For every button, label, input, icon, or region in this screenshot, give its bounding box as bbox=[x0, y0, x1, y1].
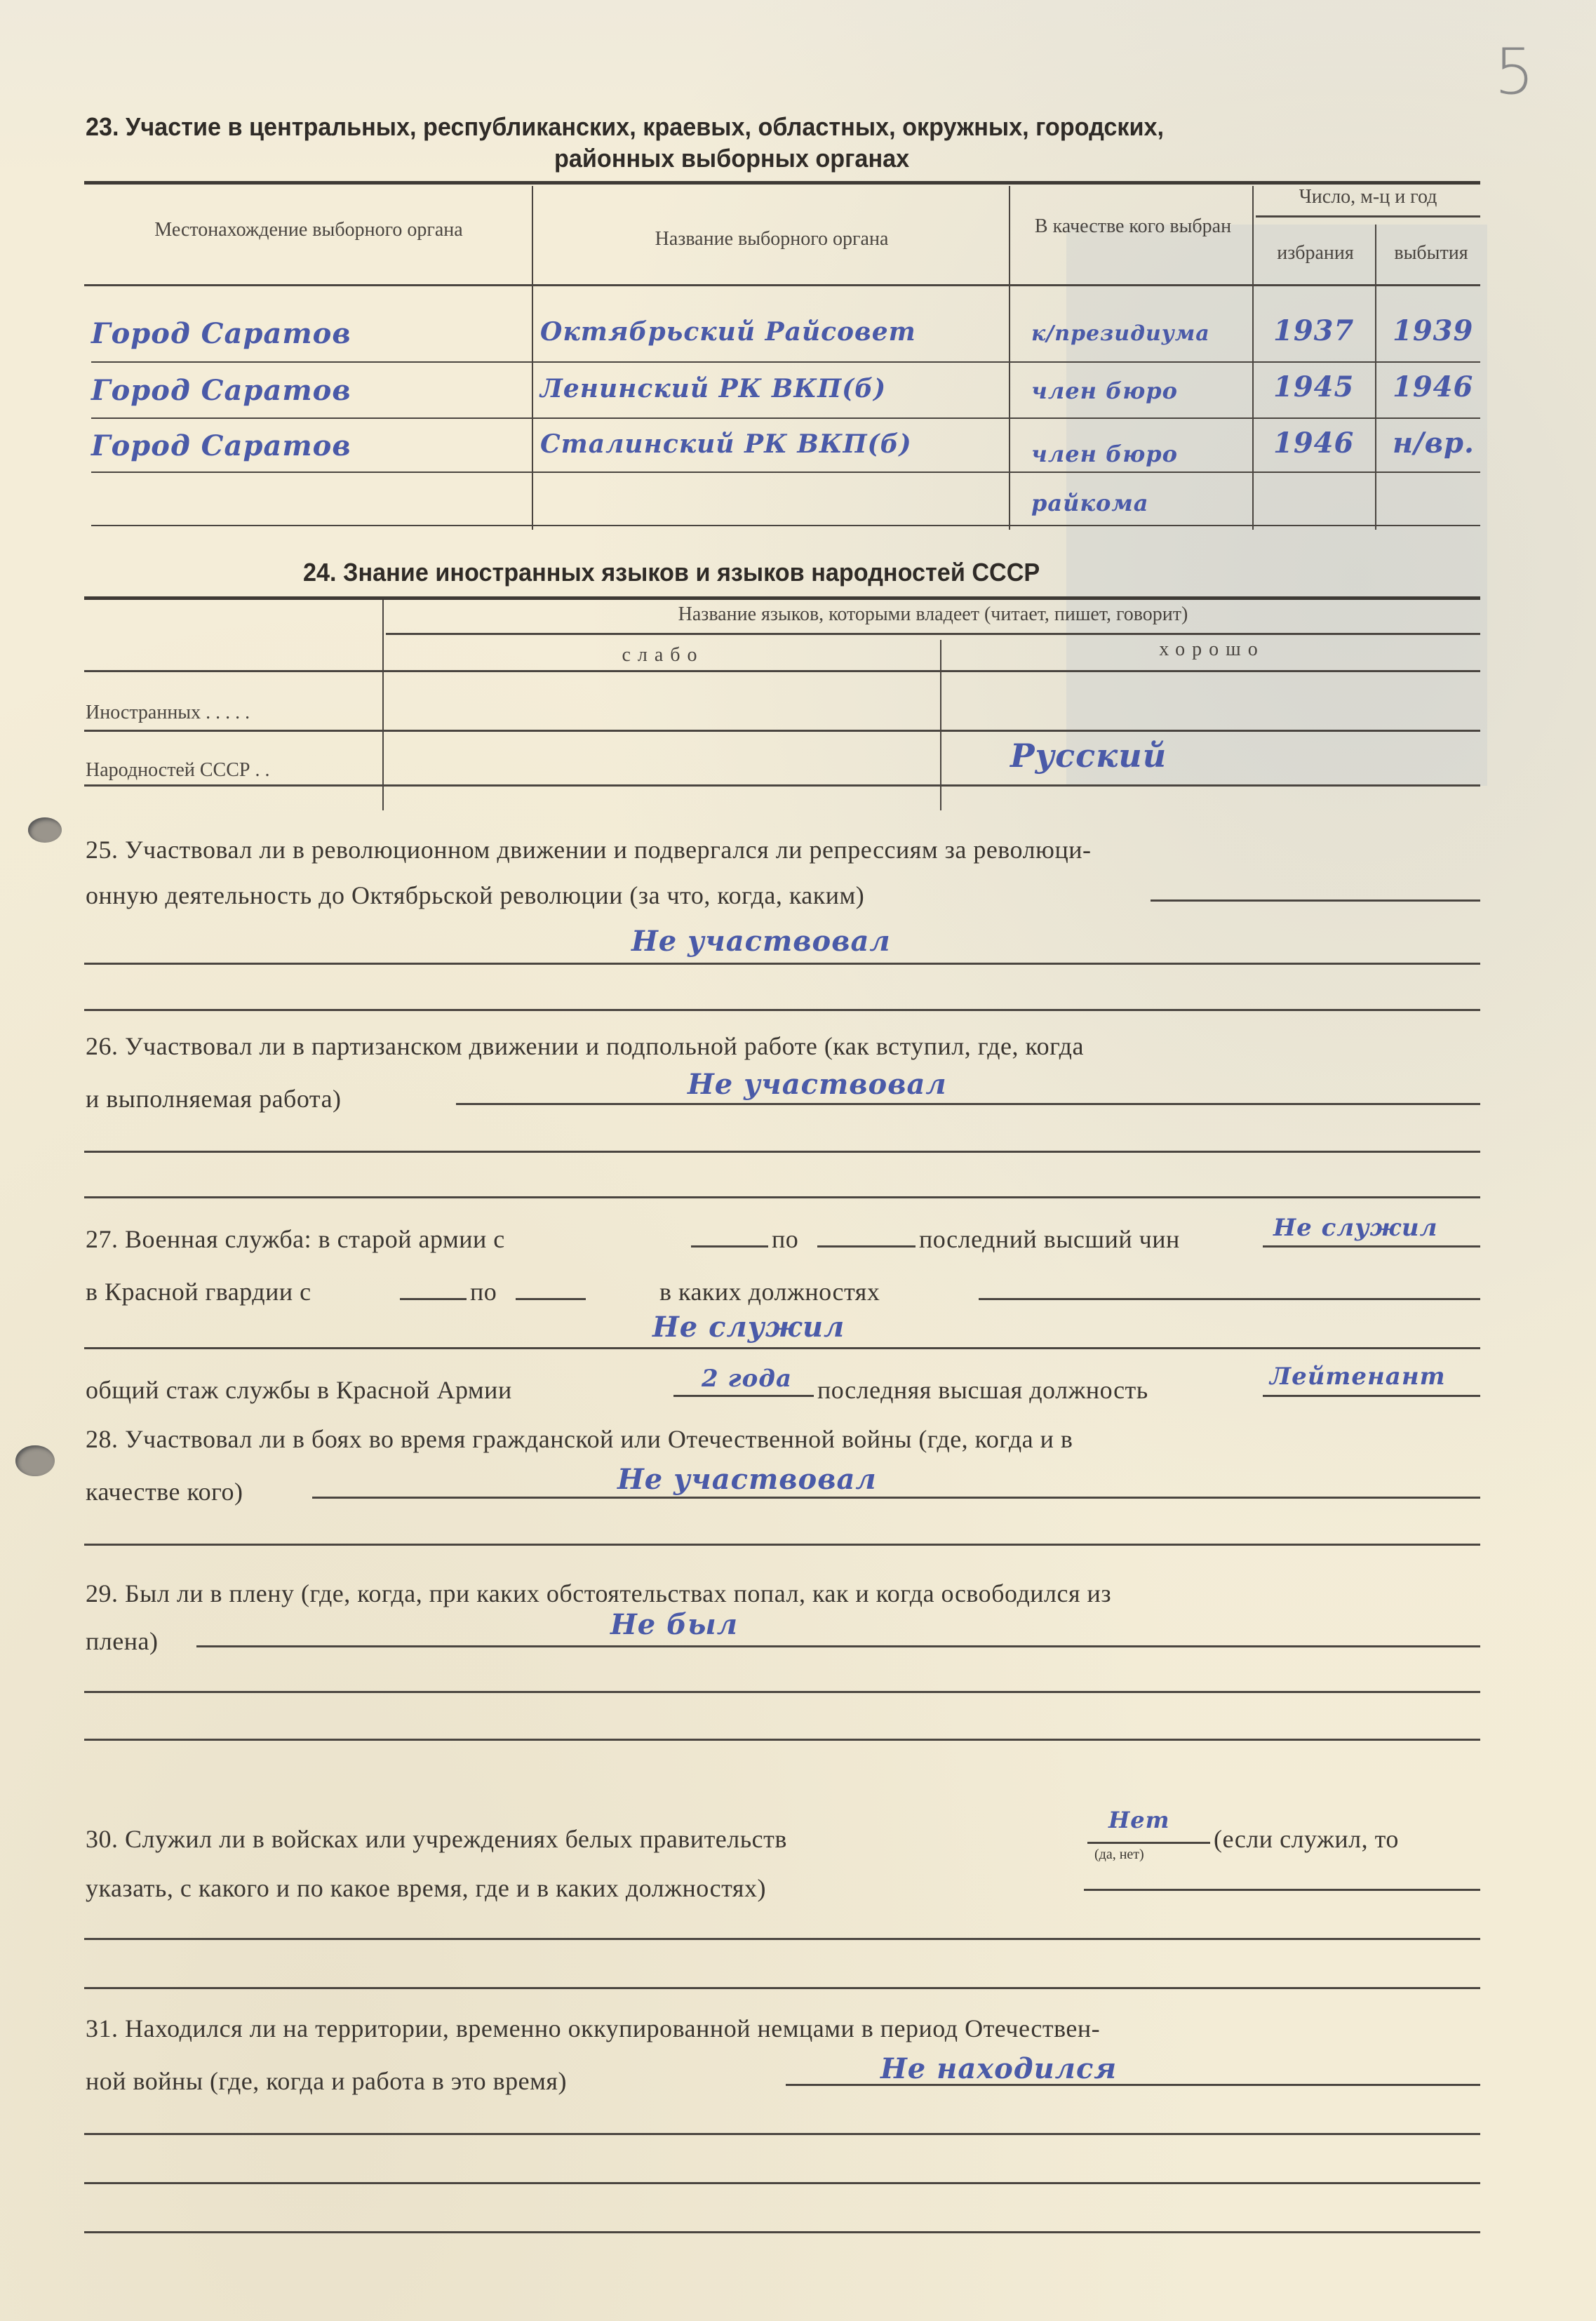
q28-line2: качестве кого) bbox=[86, 1477, 243, 1506]
header-name: Название выборного органа bbox=[540, 228, 1003, 250]
col-good: хорошо bbox=[944, 638, 1480, 661]
row-location: Город Саратов bbox=[91, 429, 351, 462]
q27-tenure-answer: 2 года bbox=[702, 1365, 792, 1393]
q29-answer: Не был bbox=[610, 1608, 738, 1641]
row-role: член бюро bbox=[1031, 377, 1178, 404]
lang-good-value: Русский bbox=[1010, 737, 1167, 775]
q25-answer: Не участвовал bbox=[631, 925, 891, 958]
header-role: В качестве кого выбран bbox=[1017, 214, 1249, 239]
q30-answer: Нет bbox=[1108, 1807, 1169, 1833]
q26-answer: Не участвовал bbox=[688, 1068, 947, 1101]
punch-hole bbox=[15, 1445, 55, 1476]
header-date-group: Число, м-ц и год bbox=[1256, 186, 1480, 208]
row-name: Сталинский РК ВКП(б) bbox=[540, 429, 912, 459]
row-role: к/президиума bbox=[1031, 321, 1210, 346]
q28-answer: Не участвовал bbox=[617, 1463, 877, 1496]
row-left: н/вр. bbox=[1393, 427, 1475, 460]
section24-title: 24. Знание иностранных языков и языков н… bbox=[303, 558, 1040, 587]
row-elected: 1946 bbox=[1273, 427, 1354, 460]
q27-line1b: по bbox=[772, 1224, 798, 1254]
row-name: Ленинский РК ВКП(б) bbox=[540, 374, 886, 403]
lang-row-label: Иностранных . . . . . bbox=[86, 702, 250, 724]
page-number: 5 bbox=[1494, 35, 1534, 109]
q27-line1c: последний высший чин bbox=[919, 1224, 1180, 1254]
lang-row-label: Народностей СССР . . bbox=[86, 759, 269, 782]
q30-line1a: 30. Служил ли в войсках или учреждениях … bbox=[86, 1824, 787, 1854]
q31-line2: ной войны (где, когда и работа в это вре… bbox=[86, 2066, 567, 2096]
q29-line2: плена) bbox=[86, 1626, 158, 1656]
row-elected: 1945 bbox=[1273, 370, 1354, 403]
q25-line2: онную деятельность до Октябрьской револю… bbox=[86, 881, 864, 910]
q26-line1: 26. Участвовал ли в партизанском движени… bbox=[86, 1031, 1084, 1061]
q31-line1: 31. Находился ли на территории, временно… bbox=[86, 2014, 1100, 2043]
row-elected: 1937 bbox=[1273, 314, 1354, 347]
col-weak: слабо bbox=[386, 644, 940, 667]
q27-line2a: в Красной гвардии с bbox=[86, 1277, 311, 1306]
q26-line2: и выполняемая работа) bbox=[86, 1084, 342, 1113]
section23-title-line1: 23. Участие в центральных, республиканск… bbox=[86, 112, 1164, 142]
section24-header: Название языков, которыми владеет (читае… bbox=[386, 603, 1480, 626]
punch-hole bbox=[28, 817, 62, 843]
row-name: Октябрьский Райсовет bbox=[540, 317, 916, 347]
q30-hint: (да, нет) bbox=[1094, 1847, 1144, 1863]
header-location: Местонахождение выборного органа bbox=[91, 218, 526, 243]
q27-line3a: общий стаж службы в Красной Армии bbox=[86, 1375, 512, 1405]
row-location: Город Саратов bbox=[91, 317, 351, 350]
row-left: 1946 bbox=[1393, 370, 1473, 403]
q25-line1: 25. Участвовал ли в революционном движен… bbox=[86, 835, 1091, 864]
header-elected: избрания bbox=[1256, 242, 1375, 265]
row-left: 1939 bbox=[1393, 314, 1473, 347]
q27-position-answer: Лейтенант bbox=[1270, 1363, 1446, 1391]
table-rule bbox=[84, 181, 1480, 185]
row-role: член бюро райкома bbox=[1031, 429, 1249, 528]
q30-line2: указать, с какого и по какое время, где … bbox=[86, 1873, 766, 1903]
row-location: Город Саратов bbox=[91, 374, 351, 407]
q27-line2b: по bbox=[470, 1277, 497, 1306]
q27-line1a: 27. Военная служба: в старой армии с bbox=[86, 1224, 505, 1254]
section23-title-line2: районных выборных органах bbox=[554, 144, 909, 173]
q28-line1: 28. Участвовал ли в боях во время гражда… bbox=[86, 1424, 1073, 1454]
q30-line1b: (если служил, то bbox=[1214, 1824, 1399, 1854]
q27-rank-answer: Не служил bbox=[1273, 1214, 1438, 1242]
q27-line3b: последняя высшая должность bbox=[817, 1375, 1148, 1405]
q27-line2c: в каких должностях bbox=[659, 1277, 880, 1306]
header-left: выбытия bbox=[1379, 242, 1484, 265]
q29-line1: 29. Был ли в плену (где, когда, при каки… bbox=[86, 1579, 1111, 1608]
q31-answer: Не находился bbox=[880, 2052, 1117, 2085]
q27-positions-answer: Не служил bbox=[652, 1311, 845, 1344]
